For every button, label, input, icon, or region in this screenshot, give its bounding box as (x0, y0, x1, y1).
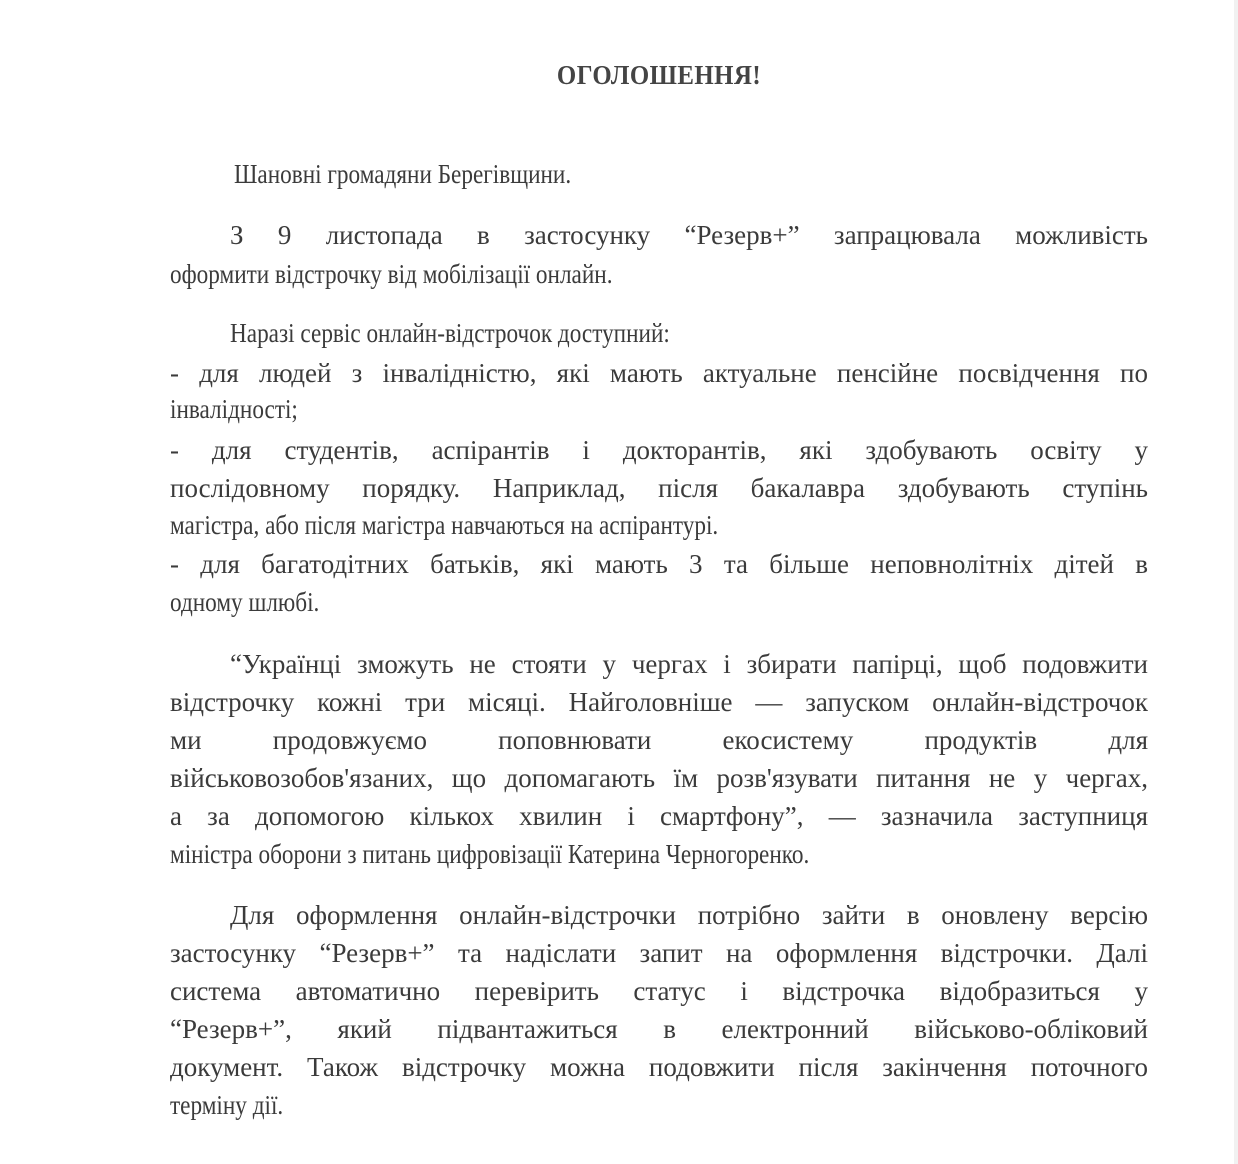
quote-line-1: “Українці зможуть не стояти у чергах і з… (170, 645, 1148, 683)
list-item-3-line-2: одному шлюбі. (170, 583, 1148, 621)
paragraph-4-line-5: документ. Також відстрочку можна подовжи… (170, 1048, 1148, 1086)
paragraph-1-line-1: З 9 листопада в застосунку “Резерв+” зап… (170, 216, 1148, 254)
list-item-2-line-3: магістра, або після магістра навчаються … (170, 506, 1148, 544)
quote-line-6: міністра оборони з питань цифровізації К… (170, 835, 1148, 873)
document-title: ОГОЛОШЕННЯ! (209, 60, 1109, 91)
paragraph-4-line-1: Для оформлення онлайн-відстрочки потрібн… (170, 896, 1148, 934)
paragraph-1-line-2: оформити відстрочку від мобілізації онла… (170, 255, 1148, 293)
quote-line-5: а за допомогою кількох хвилин і смартфон… (170, 797, 1148, 835)
list-item-1-line-1: - для людей з інвалідністю, які мають ак… (170, 354, 1148, 392)
paragraph-4-line-2: застосунку “Резерв+” та надіслати запит … (170, 934, 1148, 972)
quote-line-3: ми продовжуємо поповнювати екосистему пр… (170, 721, 1148, 759)
greeting: Шановні громадяни Берегівщини. (170, 155, 1148, 193)
paragraph-4-line-6: терміну дії. (170, 1086, 1148, 1124)
paragraph-4-line-4: “Резерв+”, який підвантажиться в електро… (170, 1010, 1148, 1048)
page-edge (1234, 0, 1238, 1164)
list-item-2-line-2: послідовному порядку. Наприклад, після б… (170, 469, 1148, 507)
quote-line-4: військовозобов'язаних, що допомагають їм… (170, 759, 1148, 797)
quote-line-2: відстрочку кожні три місяці. Найголовніш… (170, 683, 1148, 721)
list-item-1-line-2: інвалідності; (170, 390, 1148, 428)
greeting-text: Шановні громадяни Берегівщини. (234, 155, 571, 193)
services-intro: Наразі сервіс онлайн-відстрочок доступни… (170, 314, 1148, 352)
paragraph-4-line-3: система автоматично перевірить статус і … (170, 972, 1148, 1010)
list-item-3-line-1: - для багатодітних батьків, які мають 3 … (170, 545, 1148, 583)
list-item-2-line-1: - для студентів, аспірантів і докторанті… (170, 431, 1148, 469)
